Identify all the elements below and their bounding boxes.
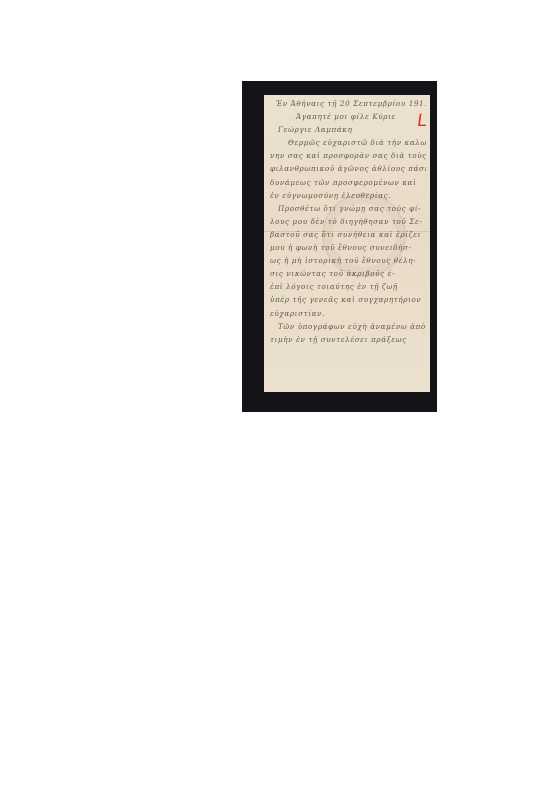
handwritten-line: ἐν εὐγνωμοσύνῃ ἐλευθερίας.	[270, 189, 426, 202]
handwritten-line: Τῶν ὑπογράφων εὐχὴ ἀναμένω ἀπὸ	[270, 320, 426, 333]
handwritten-line: νην σας καὶ προσφορὰν σας διὰ τοὺς ἐκ	[270, 149, 426, 162]
handwritten-line: Ἐν Ἀθήναις τῇ 20 Σεπτεμβρίου 1911	[270, 97, 426, 110]
handwritten-line: Προσθέτω ὅτι γνώμῃ σας τοὺς φί-	[270, 202, 426, 215]
handwritten-line: ἐπὶ λόγοις τοιαύτης ἐν τῇ ζωῇ	[270, 280, 426, 293]
handwritten-text-block: Ἐν Ἀθήναις τῇ 20 Σεπτεμβρίου 1911Ἀγαπητέ…	[270, 97, 426, 346]
handwritten-line: ως ἡ μὴ ἱστορικὴ τοῦ ἔθνους θέλη-	[270, 254, 426, 267]
handwritten-line: μου ἡ φωνὴ τοῦ ἔθνους συνειδήσ-	[270, 241, 426, 254]
handwritten-line: σις νικώντας τοῦ ἀκριβοῦς ἐ-	[270, 267, 426, 280]
handwritten-line: φιλανθρωπικοῦ ἀγῶνος ἀθλίους πάσης	[270, 162, 426, 175]
handwritten-line: Γεώργιε Λαμπάκη	[270, 123, 426, 136]
handwritten-line: τιμὴν ἐν τῇ συντελέσει πράξεως	[270, 333, 426, 346]
handwritten-line: λους μου δὲν τὸ διηγήθησαν τοῦ Σε-	[270, 215, 426, 228]
handwritten-line: Ἀγαπητέ μοι φίλε Κύριε	[270, 110, 426, 123]
handwritten-line: ὑπέρ τῆς γενεᾶς καὶ συγχαρητήριον	[270, 293, 426, 306]
handwritten-line: βαστοῦ σας ὅτι συνήθεια καὶ ἐρίζει	[270, 228, 426, 241]
handwritten-line: εὐχαριστίαν.	[270, 307, 426, 320]
letter-paper: L Ἐν Ἀθήναις τῇ 20 Σεπτεμβρίου 1911Ἀγαπη…	[264, 95, 430, 392]
handwritten-line: Θερμῶς εὐχαριστῶ διὰ τὴν καλωσύ-	[270, 136, 426, 149]
scan-background-frame: L Ἐν Ἀθήναις τῇ 20 Σεπτεμβρίου 1911Ἀγαπη…	[242, 81, 437, 412]
handwritten-line: δυνάμεως τῶν προσφερομένων καὶ	[270, 176, 426, 189]
